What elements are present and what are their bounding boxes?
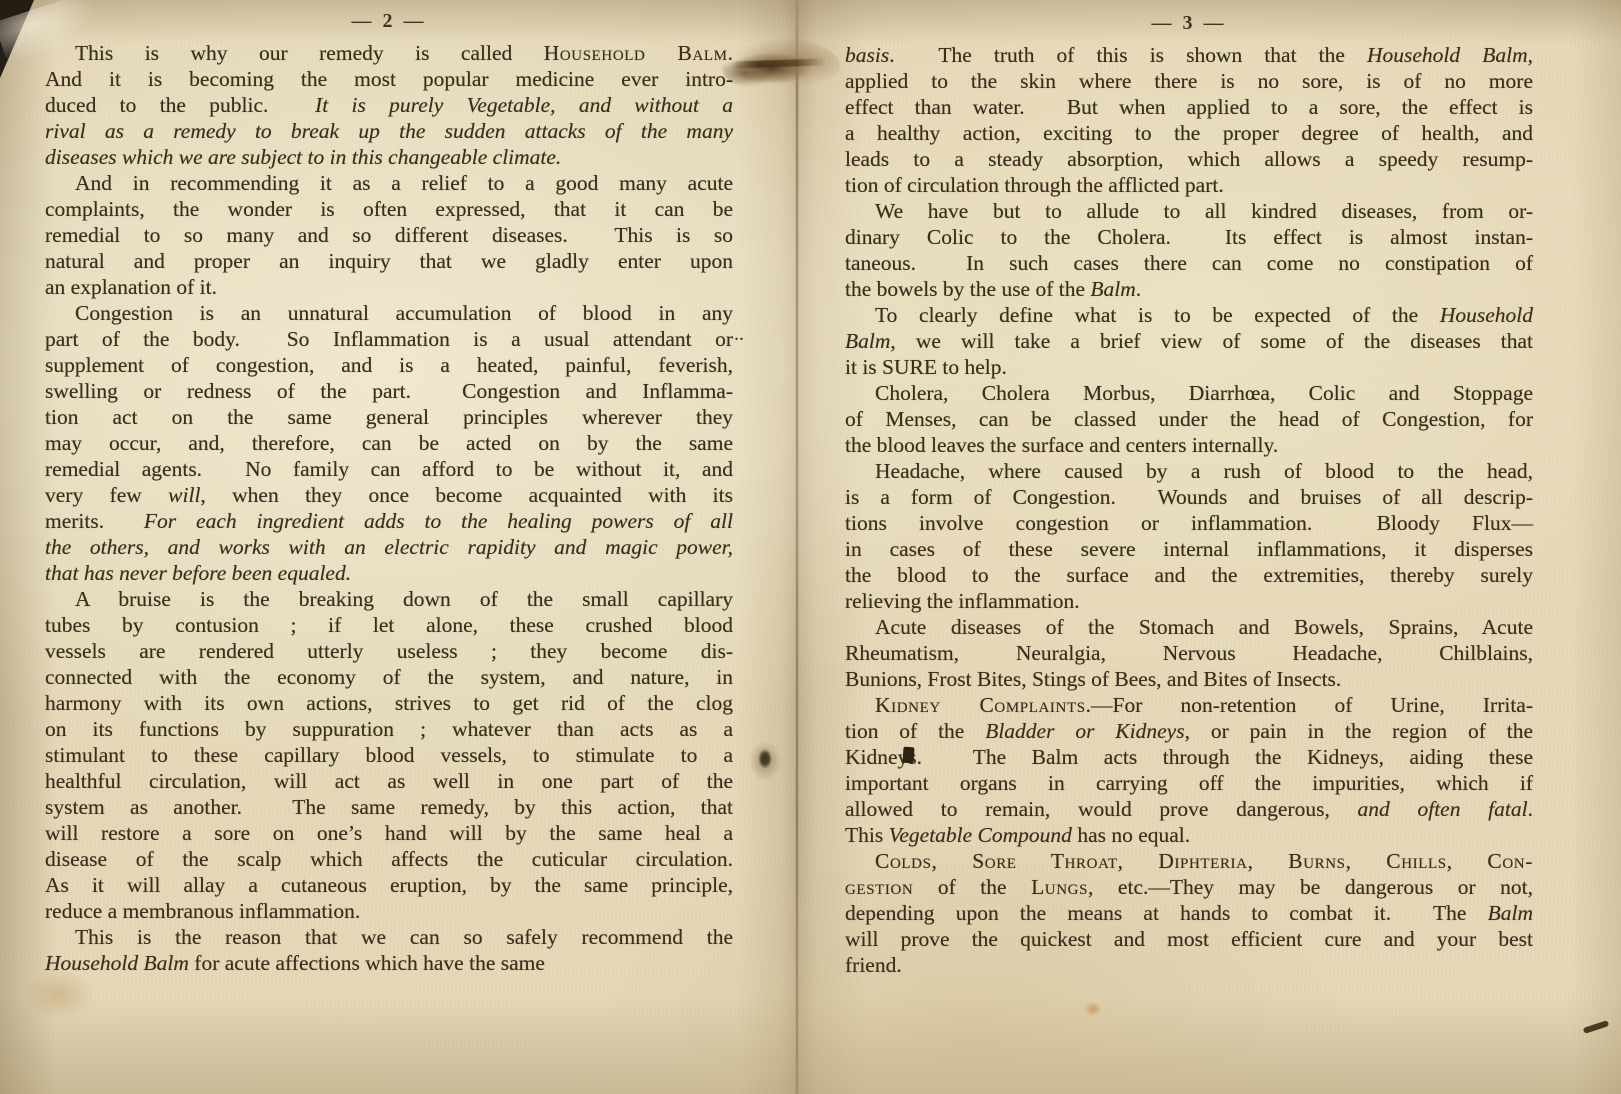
text-line: natural and proper an inquiry that we gl… (45, 248, 733, 274)
text-line: on its functions by suppuration ; whatev… (45, 716, 733, 742)
center-fold-crease (796, 0, 798, 1094)
text-line: gestion of the Lungs, etc.—They may be d… (845, 874, 1533, 900)
text-line: To clearly define what is to be expected… (845, 302, 1533, 328)
text-line: the blood leaves the surface and centers… (845, 432, 1533, 458)
text-line: connected with the economy of the system… (45, 664, 733, 690)
text-line: disease of the scalp which affects the c… (45, 846, 733, 872)
page-3: — 3 — basis. The truth of this is shown … (845, 12, 1533, 978)
page-2: — 2 — This is why our remedy is called H… (45, 10, 733, 976)
text-line: swelling or redness of the part. Congest… (45, 378, 733, 404)
text-line: part of the body. So Inflammation is a u… (45, 326, 733, 352)
pen-mark (1583, 1020, 1610, 1034)
text-line: is a form of Congestion. Wounds and brui… (845, 484, 1533, 510)
text-line: that has never before been equaled. (45, 560, 733, 586)
text-line: supplement of congestion, and is a heate… (45, 352, 733, 378)
paper-tear-damage (722, 38, 840, 96)
text-line: Bunions, Frost Bites, Stings of Bees, an… (845, 666, 1533, 692)
text-line: tion of the Bladder or Kidneys, or pain … (845, 718, 1533, 744)
text-line: A bruise is the breaking down of the sma… (45, 586, 733, 612)
text-line: in cases of these severe internal inflam… (845, 536, 1533, 562)
text-line: will restore a sore on one’s hand will b… (45, 820, 733, 846)
text-line: will prove the quickest and most efficie… (845, 926, 1533, 952)
text-line: tion act on the same general principles … (45, 404, 733, 430)
text-line: This is the reason that we can so safely… (45, 924, 733, 950)
text-line: leads to a steady absorption, which allo… (845, 146, 1533, 172)
text-line: a healthy action, exciting to the proper… (845, 120, 1533, 146)
text-line: merits. For each ingredient adds to the … (45, 508, 733, 534)
text-line: And in recommending it as a relief to a … (45, 170, 733, 196)
page-number: — 2 — (45, 10, 733, 33)
text-line: tions involve congestion or inflammation… (845, 510, 1533, 536)
text-line: it is SURE to help. (845, 354, 1533, 380)
text-line: friend. (845, 952, 1533, 978)
text-line: taneous. In such cases there can come no… (845, 250, 1533, 276)
text-line: duced to the public. It is purely Vegeta… (45, 92, 733, 118)
paper-stain (1084, 1002, 1102, 1016)
text-line: remedial agents. No family can afford to… (45, 456, 733, 482)
text-line: the blood to the surface and the extremi… (845, 562, 1533, 588)
booklet-spread: — 2 — This is why our remedy is called H… (0, 0, 1621, 1094)
page-body: This is why our remedy is called Househo… (45, 40, 733, 976)
text-line: the others, and works with an electric r… (45, 534, 733, 560)
text-line: Headache, where caused by a rush of bloo… (845, 458, 1533, 484)
text-line: Congestion is an unnatural accumulation … (45, 300, 733, 326)
text-line: We have but to allude to all kindred dis… (845, 198, 1533, 224)
text-line: the bowels by the use of the Balm. (845, 276, 1533, 302)
text-line: Balm, we will take a brief view of some … (845, 328, 1533, 354)
text-line: system as another. The same remedy, by t… (45, 794, 733, 820)
text-line: As it will allay a cutaneous eruption, b… (45, 872, 733, 898)
text-line: applied to the skin where there is no so… (845, 68, 1533, 94)
paper-stain (24, 968, 94, 1020)
text-line: Acute diseases of the Stomach and Bowels… (845, 614, 1533, 640)
text-line: harmony with its own actions, strives to… (45, 690, 733, 716)
text-line: diseases which we are subject to in this… (45, 144, 733, 170)
text-line: Colds, Sore Throat, Diphteria, Burns, Ch… (845, 848, 1533, 874)
binding-stitch-hole (748, 738, 782, 784)
text-line: Kidney Complaints.—For non-retention of … (845, 692, 1533, 718)
text-line: And it is becoming the most popular medi… (45, 66, 733, 92)
text-line: very few will, when they once become acq… (45, 482, 733, 508)
text-line: important organs in carrying off the imp… (845, 770, 1533, 796)
text-line: This is why our remedy is called Househo… (45, 40, 733, 66)
text-line: depending upon the means at hands to com… (845, 900, 1533, 926)
page-number: — 3 — (845, 12, 1533, 35)
text-line: relieving the inflammation. (845, 588, 1533, 614)
text-line: Kidneys. The Balm acts through the Kidne… (845, 744, 1533, 770)
text-line: tion of circulation through the afflicte… (845, 172, 1533, 198)
text-line: Cholera, Cholera Morbus, Diarrhœa, Colic… (845, 380, 1533, 406)
text-line: may occur, and, therefore, can be acted … (45, 430, 733, 456)
text-line: basis. The truth of this is shown that t… (845, 42, 1533, 68)
text-line: an explanation of it. (45, 274, 733, 300)
text-line: of Menses, can be classed under the head… (845, 406, 1533, 432)
text-line: stimulant to these capillary blood vesse… (45, 742, 733, 768)
text-line: reduce a membranous inflammation. (45, 898, 733, 924)
ink-blot (902, 747, 914, 764)
text-line: effect than water. But when applied to a… (845, 94, 1533, 120)
text-line: rival as a remedy to break up the sudden… (45, 118, 733, 144)
text-line: tubes by contusion ; if let alone, these… (45, 612, 733, 638)
text-line: remedial to so many and so different dis… (45, 222, 733, 248)
text-line: vessels are rendered utterly useless ; t… (45, 638, 733, 664)
text-line: Rheumatism, Neuralgia, Nervous Headache,… (845, 640, 1533, 666)
page-body: basis. The truth of this is shown that t… (845, 42, 1533, 978)
text-line: allowed to remain, would prove dangerous… (845, 796, 1533, 822)
paper-speck: .. (734, 333, 748, 338)
text-line: dinary Colic to the Cholera. Its effect … (845, 224, 1533, 250)
text-line: complaints, the wonder is often expresse… (45, 196, 733, 222)
text-line: healthful circulation, will act as well … (45, 768, 733, 794)
text-line: Household Balm for acute affections whic… (45, 950, 733, 976)
text-line: This Vegetable Compound has no equal. (845, 822, 1533, 848)
